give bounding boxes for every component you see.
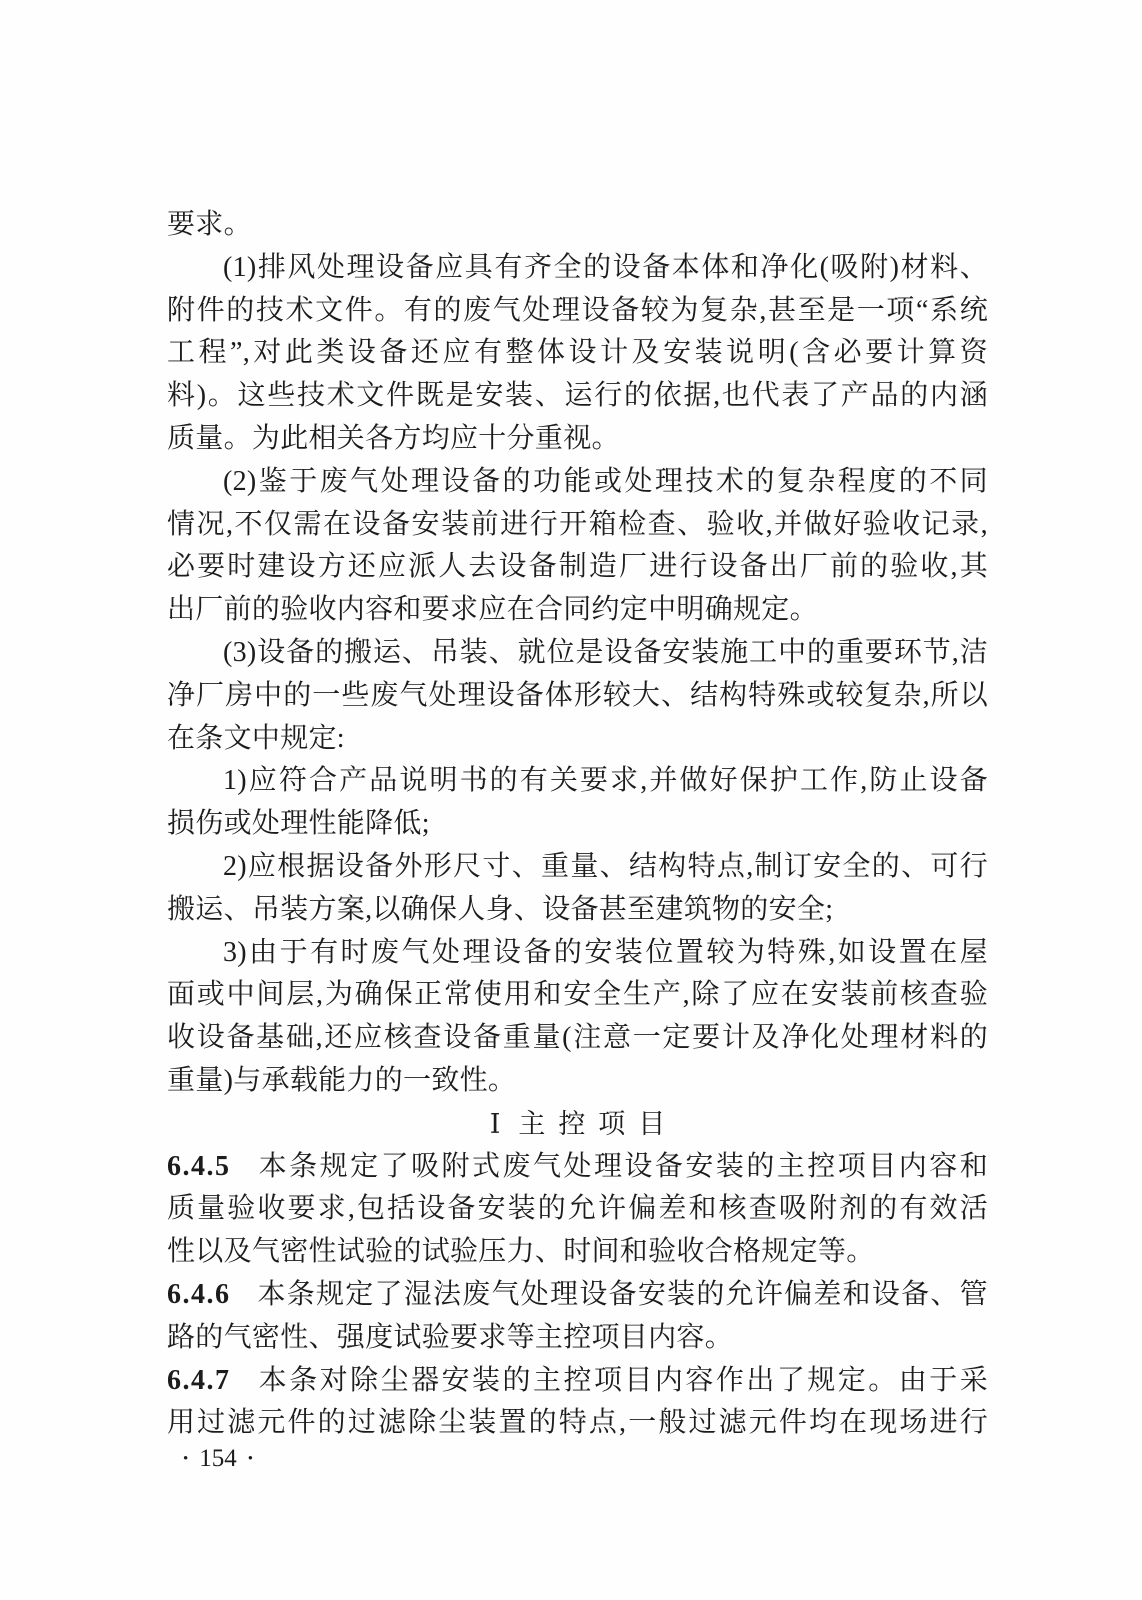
text-line: 6.4.6本条规定了湿法废气处理设备安装的允许偏差和设备、管 bbox=[167, 1274, 988, 1317]
line-text: 质量。为此相关各方均应十分重视。 bbox=[167, 423, 620, 454]
line-text: 1)应符合产品说明书的有关要求,并做好保护工作,防止设备 bbox=[223, 765, 988, 796]
line-text: 3)由于有时废气处理设备的安装位置较为特殊,如设置在屋 bbox=[223, 937, 988, 968]
line-text: 本条规定了吸附式废气处理设备安装的主控项目内容和 bbox=[257, 1151, 989, 1182]
line-text: 质量验收要求,包括设备安装的允许偏差和核查吸附剂的有效活 bbox=[167, 1193, 988, 1224]
line-text: 出厂前的验收内容和要求应在合同约定中明确规定。 bbox=[167, 594, 818, 625]
line-text: 要求。 bbox=[167, 209, 252, 240]
line-text: 性以及气密性试验的试验压力、时间和验收合格规定等。 bbox=[167, 1236, 875, 1267]
text-line: 2)应根据设备外形尺寸、重量、结构特点,制订安全的、可行的 bbox=[167, 846, 988, 889]
text-line: 用过滤元件的过滤除尘装置的特点,一般过滤元件均在现场进行 bbox=[167, 1402, 988, 1445]
line-text: 面或中间层,为确保正常使用和安全生产,除了应在安装前核查验 bbox=[167, 979, 988, 1010]
line-text: 收设备基础,还应核查设备重量(注意一定要计及净化处理材料的 bbox=[167, 1022, 988, 1053]
line-text: 损伤或处理性能降低; bbox=[167, 808, 430, 839]
line-text: 净厂房中的一些废气处理设备体形较大、结构特殊或较复杂,所以 bbox=[167, 680, 988, 711]
document-page: 要求。(1)排风处理设备应具有齐全的设备本体和净化(吸附)材料、附件的技术文件。… bbox=[0, 0, 1142, 1600]
text-line: 6.4.7本条对除尘器安装的主控项目内容作出了规定。由于采 bbox=[167, 1360, 988, 1403]
text-line: 重量)与承载能力的一致性。 bbox=[167, 1060, 988, 1103]
text-line: 3)由于有时废气处理设备的安装位置较为特殊,如设置在屋 bbox=[167, 932, 988, 975]
text-line: 质量验收要求,包括设备安装的允许偏差和核查吸附剂的有效活 bbox=[167, 1188, 988, 1231]
line-text: 2)应根据设备外形尺寸、重量、结构特点,制订安全的、可行的 bbox=[167, 851, 988, 889]
line-text: 附件的技术文件。有的废气处理设备较为复杂,甚至是一项“系统 bbox=[167, 295, 988, 326]
line-text: (2)鉴于废气处理设备的功能或处理技术的复杂程度的不同 bbox=[223, 466, 988, 497]
line-text: 情况,不仅需在设备安装前进行开箱检查、验收,并做好验收记录, bbox=[167, 509, 988, 540]
footer-left-dot: • bbox=[183, 1444, 188, 1474]
line-text: (1)排风处理设备应具有齐全的设备本体和净化(吸附)材料、 bbox=[223, 252, 988, 283]
text-line: 1)应符合产品说明书的有关要求,并做好保护工作,防止设备 bbox=[167, 760, 988, 803]
text-line: 出厂前的验收内容和要求应在合同约定中明确规定。 bbox=[167, 589, 988, 632]
text-line: 附件的技术文件。有的废气处理设备较为复杂,甚至是一项“系统 bbox=[167, 290, 988, 333]
line-text: 必要时建设方还应派人去设备制造厂进行设备出厂前的验收,其 bbox=[167, 551, 988, 582]
text-line: 6.4.5本条规定了吸附式废气处理设备安装的主控项目内容和 bbox=[167, 1146, 988, 1189]
text-line: 搬运、吊装方案,以确保人身、设备甚至建筑物的安全; bbox=[167, 889, 988, 932]
section-heading-text: 主控项目 bbox=[518, 1109, 678, 1139]
line-text: 本条规定了湿法废气处理设备安装的允许偏差和设备、管 bbox=[257, 1279, 989, 1310]
text-line: 工程”,对此类设备还应有整体设计及安装说明(含必要计算资 bbox=[167, 332, 988, 375]
text-line: 净厂房中的一些废气处理设备体形较大、结构特殊或较复杂,所以 bbox=[167, 675, 988, 718]
line-text: 工程”,对此类设备还应有整体设计及安装说明(含必要计算资 bbox=[167, 337, 988, 368]
text-line: (3)设备的搬运、吊装、就位是设备安装施工中的重要环节,洁 bbox=[167, 632, 988, 675]
text-line: (1)排风处理设备应具有齐全的设备本体和净化(吸附)材料、 bbox=[167, 247, 988, 290]
line-text: 重量)与承载能力的一致性。 bbox=[167, 1065, 516, 1096]
line-text: 搬运、吊装方案,以确保人身、设备甚至建筑物的安全; bbox=[167, 894, 833, 925]
heading-numeral: Ⅰ bbox=[490, 1109, 501, 1139]
page-number: • 154 • bbox=[183, 1444, 253, 1474]
line-text: 本条对除尘器安装的主控项目内容作出了规定。由于采 bbox=[257, 1365, 989, 1396]
line-text: 路的气密性、强度试验要求等主控项目内容。 bbox=[167, 1322, 733, 1353]
line-text: (3)设备的搬运、吊装、就位是设备安装施工中的重要环节,洁 bbox=[223, 637, 988, 668]
line-text: 料)。这些技术文件既是安装、运行的依据,也代表了产品的内涵 bbox=[167, 380, 988, 411]
text-line: 质量。为此相关各方均应十分重视。 bbox=[167, 418, 988, 461]
clause-number: 6.4.7 bbox=[167, 1365, 231, 1396]
text-line: 料)。这些技术文件既是安装、运行的依据,也代表了产品的内涵 bbox=[167, 375, 988, 418]
text-line: 性以及气密性试验的试验压力、时间和验收合格规定等。 bbox=[167, 1231, 988, 1274]
clause-number: 6.4.5 bbox=[167, 1151, 231, 1182]
footer-right-dot: • bbox=[248, 1444, 253, 1474]
text-line: 面或中间层,为确保正常使用和安全生产,除了应在安装前核查验 bbox=[167, 974, 988, 1017]
line-text: 用过滤元件的过滤除尘装置的特点,一般过滤元件均在现场进行 bbox=[167, 1407, 988, 1438]
text-line: 要求。 bbox=[167, 204, 988, 247]
text-column: 要求。(1)排风处理设备应具有齐全的设备本体和净化(吸附)材料、附件的技术文件。… bbox=[167, 204, 988, 1445]
text-line: 在条文中规定: bbox=[167, 718, 988, 761]
text-line: 路的气密性、强度试验要求等主控项目内容。 bbox=[167, 1317, 988, 1360]
text-line: 损伤或处理性能降低; bbox=[167, 803, 988, 846]
footer-page-number: 154 bbox=[199, 1445, 237, 1473]
line-text: 在条文中规定: bbox=[167, 723, 345, 754]
section-heading: Ⅰ主控项目 bbox=[167, 1103, 988, 1146]
text-line: 情况,不仅需在设备安装前进行开箱检查、验收,并做好验收记录, bbox=[167, 504, 988, 547]
clause-number: 6.4.6 bbox=[167, 1279, 231, 1310]
text-line: 收设备基础,还应核查设备重量(注意一定要计及净化处理材料的 bbox=[167, 1017, 988, 1060]
text-line: 必要时建设方还应派人去设备制造厂进行设备出厂前的验收,其 bbox=[167, 546, 988, 589]
text-line: (2)鉴于废气处理设备的功能或处理技术的复杂程度的不同 bbox=[167, 461, 988, 504]
